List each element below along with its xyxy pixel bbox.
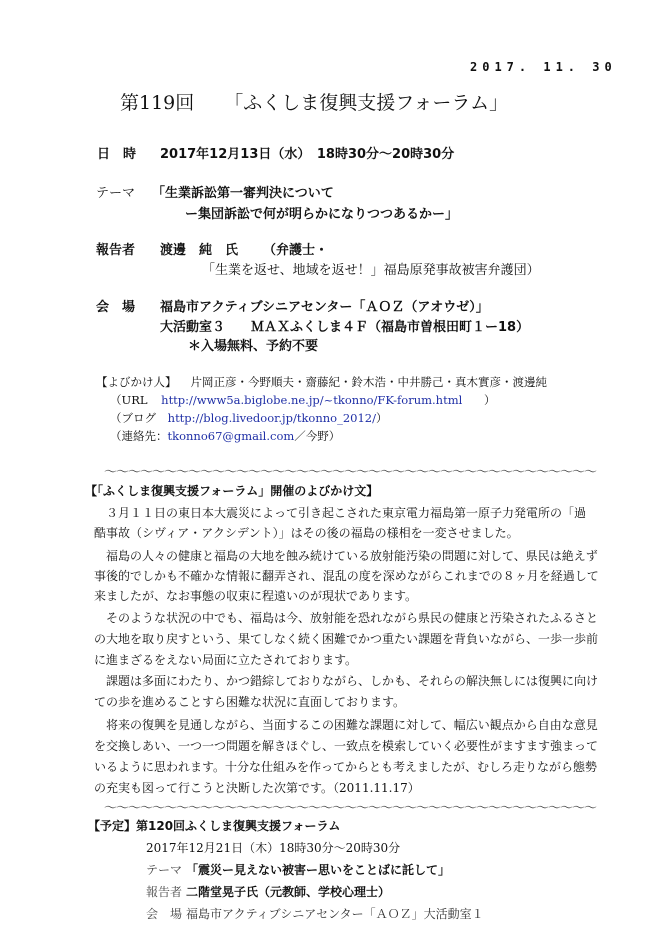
appeal-line: を交換しあい、一つ一つ問題を解きほぐし、一致点を模索していく必要性がますます強ま… [94,737,598,754]
forum-url-link[interactable]: http://www5a.biglobe.ne.jp/~tkonno/FK-fo… [161,393,462,407]
contact-email-link[interactable]: tkonno67@gmail.com [168,429,295,443]
contact-suffix: ／今野） [294,429,340,443]
blog-line: （ブログ http://blog.livedoor.jp/tkonno_2012… [110,410,387,426]
venue-label: 会 場 [96,296,135,315]
url-label: （URL [110,393,148,407]
datetime-value: 2017年12月13日（水） 18時30分～20時30分 [160,143,454,162]
page-title: 第119回「ふくしま復興支援フォーラム」 [120,88,508,115]
contact-line: （連絡先：tkonno67@gmail.com／今野） [110,428,340,444]
theme-label: テーマ [96,182,135,201]
appeal-line: 課題は多面にわたり、かつ錯綜しておりながら、しかも、それらの解決無しには復興に向… [94,672,598,689]
theme-line-2: ー集団訴訟で何が明らかになりつつあるかー」 [185,203,458,222]
blog-url-link[interactable]: http://blog.livedoor.jp/tkonno_2012/ [168,411,376,425]
blog-label: （ブログ [110,411,156,425]
next-reporter-value: 二階堂晃子氏（元教師、学校心理士） [186,883,390,900]
appeal-line: 来ましたが、なお事態の収束に程遠いのが現状であります。 [94,587,417,604]
venue-line-3: ＊入場無料、予約不要 [188,335,318,354]
appeal-line: 酷事故（シヴィア・アクシデント）」はその後の福島の様相を一変させました。 [94,524,519,541]
theme-line-1: 「生業訴訟第一審判決について [152,182,334,201]
tilde-divider: ～～～～～～～～～～～～～～～～～～～～～～～～～～～～～～～～～～～～～～～～… [104,797,596,816]
next-event-datetime: 2017年12月21日（木）18時30分～20時30分 [146,839,400,856]
forum-number: 第119回 [120,92,194,114]
appeal-line: の大地を取り戻すという、果てしなく続く困難でかつ重たい課題を背負いながら、一歩一… [94,630,598,647]
organizers-line: 【よびかけ人】片岡正彦・今野順夫・齋藤紀・鈴木浩・中井勝己・真木實彦・渡邊純 [96,374,547,390]
datetime-label: 日 時 [97,143,136,162]
url-close: ） [484,393,496,407]
organizers-label: 【よびかけ人】 [96,375,177,389]
next-venue-value: 福島市アクティブシニアセンター「ＡＯＺ」大活動室１ [186,905,484,922]
reporter-label: 報告者 [96,239,135,258]
appeal-line: 将来の復興を見通しながら、当面するこの困難な課題に対して、幅広い観点から自由な意… [94,716,598,733]
appeal-line: いるように思われます。十分な仕組みを作ってからとも考えましたが、むしろ走りながら… [94,758,597,775]
next-theme-value: 「震災ー見えない被害ー思いをことばに託して」 [186,861,450,878]
forum-name: 「ふくしま復興支援フォーラム」 [224,92,508,114]
next-event-heading: 【予定】第120回ふくしま復興支援フォーラム [88,817,340,834]
appeal-line: そのような状況の中でも、福島は今、放射能を恐れながら県民の健康と汚染されたふるさ… [94,609,598,626]
venue-line-2: 大活動室３ ＭＡＸふくしま４Ｆ（福島市曽根田町１ー18） [160,316,529,335]
next-venue-label: 会 場 [146,905,182,922]
tilde-divider: ～～～～～～～～～～～～～～～～～～～～～～～～～～～～～～～～～～～～～～～～… [104,461,596,480]
organizers-names: 片岡正彦・今野順夫・齋藤紀・鈴木浩・中井勝己・真木實彦・渡邊純 [191,375,548,389]
appeal-line: 事後的でしかも不確かな情報に翻弄され、混乱の度を深めながらこれまでの８ヶ月を経過… [94,567,599,584]
next-reporter-label: 報告者 [146,883,182,900]
blog-close: ） [376,411,388,425]
next-theme-label: テーマ [146,861,182,878]
appeal-line: の充実も図って行こうと決断した次第です。（2011.11.17） [94,779,420,796]
reporter-affiliation-1: （弁護士・ [263,239,328,258]
reporter-affiliation-2: 「生業を返せ、地域を返せ！」福島原発事故被害弁護団） [202,259,540,278]
reporter-name: 渡邊 純 氏 [160,239,238,258]
contact-label: （連絡先： [110,429,168,443]
appeal-heading: 【「ふくしま復興支援フォーラム」開催のよびかけ文】 [85,482,378,499]
appeal-line: ３月１１日の東日本大震災によって引き起こされた東京電力福島第一原子力発電所の「過 [94,504,586,521]
appeal-line: 福島の人々の健康と福島の大地を蝕み続けている放射能汚染の問題に対して、県民は絶え… [94,547,598,564]
url-line: （URL http://www5a.biglobe.ne.jp/~tkonno/… [110,392,495,408]
venue-line-1: 福島市アクティブシニアセンター「ＡＯＺ（アオウゼ）」 [160,296,489,315]
appeal-line: ての歩を進めることすら困難な状況に直面しております。 [94,693,405,710]
document-date: 2017. 11. 30 [470,60,617,74]
appeal-line: に進まざるをえない局面に立たされております。 [94,651,357,668]
